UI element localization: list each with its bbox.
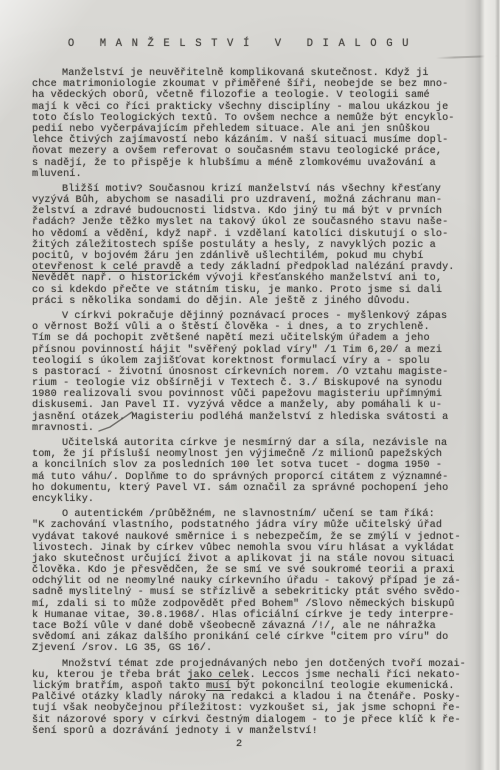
- text-line: svědomí ani zákaz dalšího pronikání celé…: [32, 632, 484, 643]
- text-line: encykliky.: [32, 494, 484, 505]
- text-line: Bližší motiv? Současnou krizí manželství…: [32, 184, 484, 195]
- paragraph: O autentickém /průběžném, ne slavnostním…: [32, 509, 484, 654]
- text-line: s pastorací - životní únosnost církevníc…: [32, 367, 484, 378]
- text-line: práci s několika sondami do dějin. Ale j…: [32, 296, 484, 307]
- text-line: o věrnost Boží vůli a o štěstí člověka -…: [32, 322, 484, 333]
- text-line: k Humanae vitae, 30.8.1968/. Hlas oficiá…: [32, 610, 484, 621]
- text-line: ku, kterou je třeba brát jako celek. Lec…: [32, 670, 484, 681]
- text-line: O autentickém /průběžném, ne slavnostním…: [32, 509, 484, 520]
- text-line: má tuto váhu/. Doplňme to do správných p…: [32, 472, 484, 483]
- text-line: co si kdekdo přečte ve státním tisku, je…: [32, 285, 484, 296]
- text-line: tom, že jí přísluší neomylnost jen výjim…: [32, 449, 484, 460]
- text-line: mluvení.: [32, 169, 484, 180]
- text-line: odchýlit od ne neomylné nauky církevního…: [32, 576, 484, 587]
- text-line: přísnou povinností hájit "svěřený poklad…: [32, 345, 484, 356]
- text-line: Palčivé otázky kladly nároky na redakci …: [32, 692, 484, 703]
- text-line: Tím se dá pochopit zvětšené napětí mezi …: [32, 333, 484, 344]
- text-line: želství a zdravé budoucnosti lidstva. Kd…: [32, 206, 484, 217]
- underlined-text: jako celek: [187, 670, 249, 681]
- paragraph: Bližší motiv? Současnou krizí manželství…: [32, 184, 484, 307]
- paragraph: Učitelská autorita církve je nesmírný da…: [32, 438, 484, 505]
- typewritten-text: Manželství je neuvěřitelně komplikovaná …: [32, 68, 484, 741]
- text-line: rium - teologie viz obšírněji v Textech …: [32, 378, 484, 389]
- text-line: ňovat mezery a ovšem referovat o současn…: [32, 146, 484, 157]
- scanned-page: O M A N Ž E L S T V Í V D I A L O G U Ma…: [0, 0, 500, 770]
- text-line: ha vědeckých oborů, včetně filozofie a t…: [32, 90, 484, 101]
- text-line: lehce čtivých zajímavostí nebo kázáním. …: [32, 135, 484, 146]
- text-line: Nevědět např. o historickém vývoji křesť…: [32, 273, 484, 284]
- page-number: 2: [0, 739, 478, 750]
- text-line: Zjevení /srov. LG 35, GS 16/.: [32, 643, 484, 654]
- text-line: Množství témat zde projednávaných nebo j…: [32, 659, 484, 670]
- page-title: O M A N Ž E L S T V Í V D I A L O G U: [0, 38, 478, 50]
- pen-stroke-artifact: [96, 410, 136, 436]
- text-line: lickým bratřím, aspoň takto musí být pok…: [32, 681, 484, 692]
- text-line: "K zachování vlastního, podstatného jádr…: [32, 520, 484, 531]
- text-line: mají k věci co říci prakticky všechny di…: [32, 102, 484, 113]
- text-line: řadách? Jenže těžko myslet na takový úko…: [32, 217, 484, 228]
- underlined-text: otevřenost k celé pravdě: [32, 262, 181, 273]
- text-line: sadně myslitelný - musí se střízlivě a s…: [32, 587, 484, 598]
- crease-line-artifact: [436, 55, 498, 59]
- paragraph: Množství témat zde projednávaných nebo j…: [32, 659, 484, 737]
- text-line: jako skutečnost určující život a aplikov…: [32, 554, 484, 565]
- text-line: s nadějí, že to přispěje k hlubšímu a mé…: [32, 158, 484, 169]
- text-line: vyzývá Bůh, abychom se nasadili pro uzdr…: [32, 195, 484, 206]
- text-line: vydávat takové naukové směrnice i s nebe…: [32, 532, 484, 543]
- paragraph: Manželství je neuvěřitelně komplikovaná …: [32, 68, 484, 180]
- text-line: pocitů, v bojovém žáru jen zdánlivě ušle…: [32, 251, 484, 262]
- text-line: žitých záležitostech spíše postuláty a h…: [32, 240, 484, 251]
- text-line: otevřenost k celé pravdě a tedy základní…: [32, 262, 484, 273]
- text-line: ho dokumentu, který Pavel VI. sám označi…: [32, 483, 484, 494]
- text-line: chce matrimoniologie zkoumat v přiměřené…: [32, 79, 484, 90]
- text-line: 1980 realizovali svou povinnost vůči pap…: [32, 389, 484, 400]
- text-line: šit názorové spory v církvi čestným dial…: [32, 715, 484, 726]
- text-line: teologií s úkolem zajišťovat korektnost …: [32, 356, 484, 367]
- underlined-text: musí: [206, 681, 231, 692]
- text-line: tují však neobyčejnou příležitost: vyzko…: [32, 703, 484, 714]
- text-line: šení sporů a dozrávání jednoty i v manže…: [32, 726, 484, 737]
- text-line: toto číslo Teologických textů. To ovšem …: [32, 113, 484, 124]
- text-line: mí, zdali si to může zodpovědět před Boh…: [32, 599, 484, 610]
- text-line: ho vědomí a vědění, když např. i vzdělan…: [32, 229, 484, 240]
- text-line: člověka. Kdo je přesvědčen, že se smí ve…: [32, 565, 484, 576]
- text-line: Učitelská autorita církve je nesmírný da…: [32, 438, 484, 449]
- text-line: V církvi pokračuje dějinný poznávací pro…: [32, 311, 484, 322]
- text-line: pedií nebo vyčerpávajícím přehledem situ…: [32, 124, 484, 135]
- text-line: livostech. Jinak by církev vůbec nemohla…: [32, 543, 484, 554]
- text-line: a koncilních slov za posledních 100 let …: [32, 460, 484, 471]
- text-line: tace Boží vůle v dané době všeobecně záv…: [32, 621, 484, 632]
- text-line: Manželství je neuvěřitelně komplikovaná …: [32, 68, 484, 79]
